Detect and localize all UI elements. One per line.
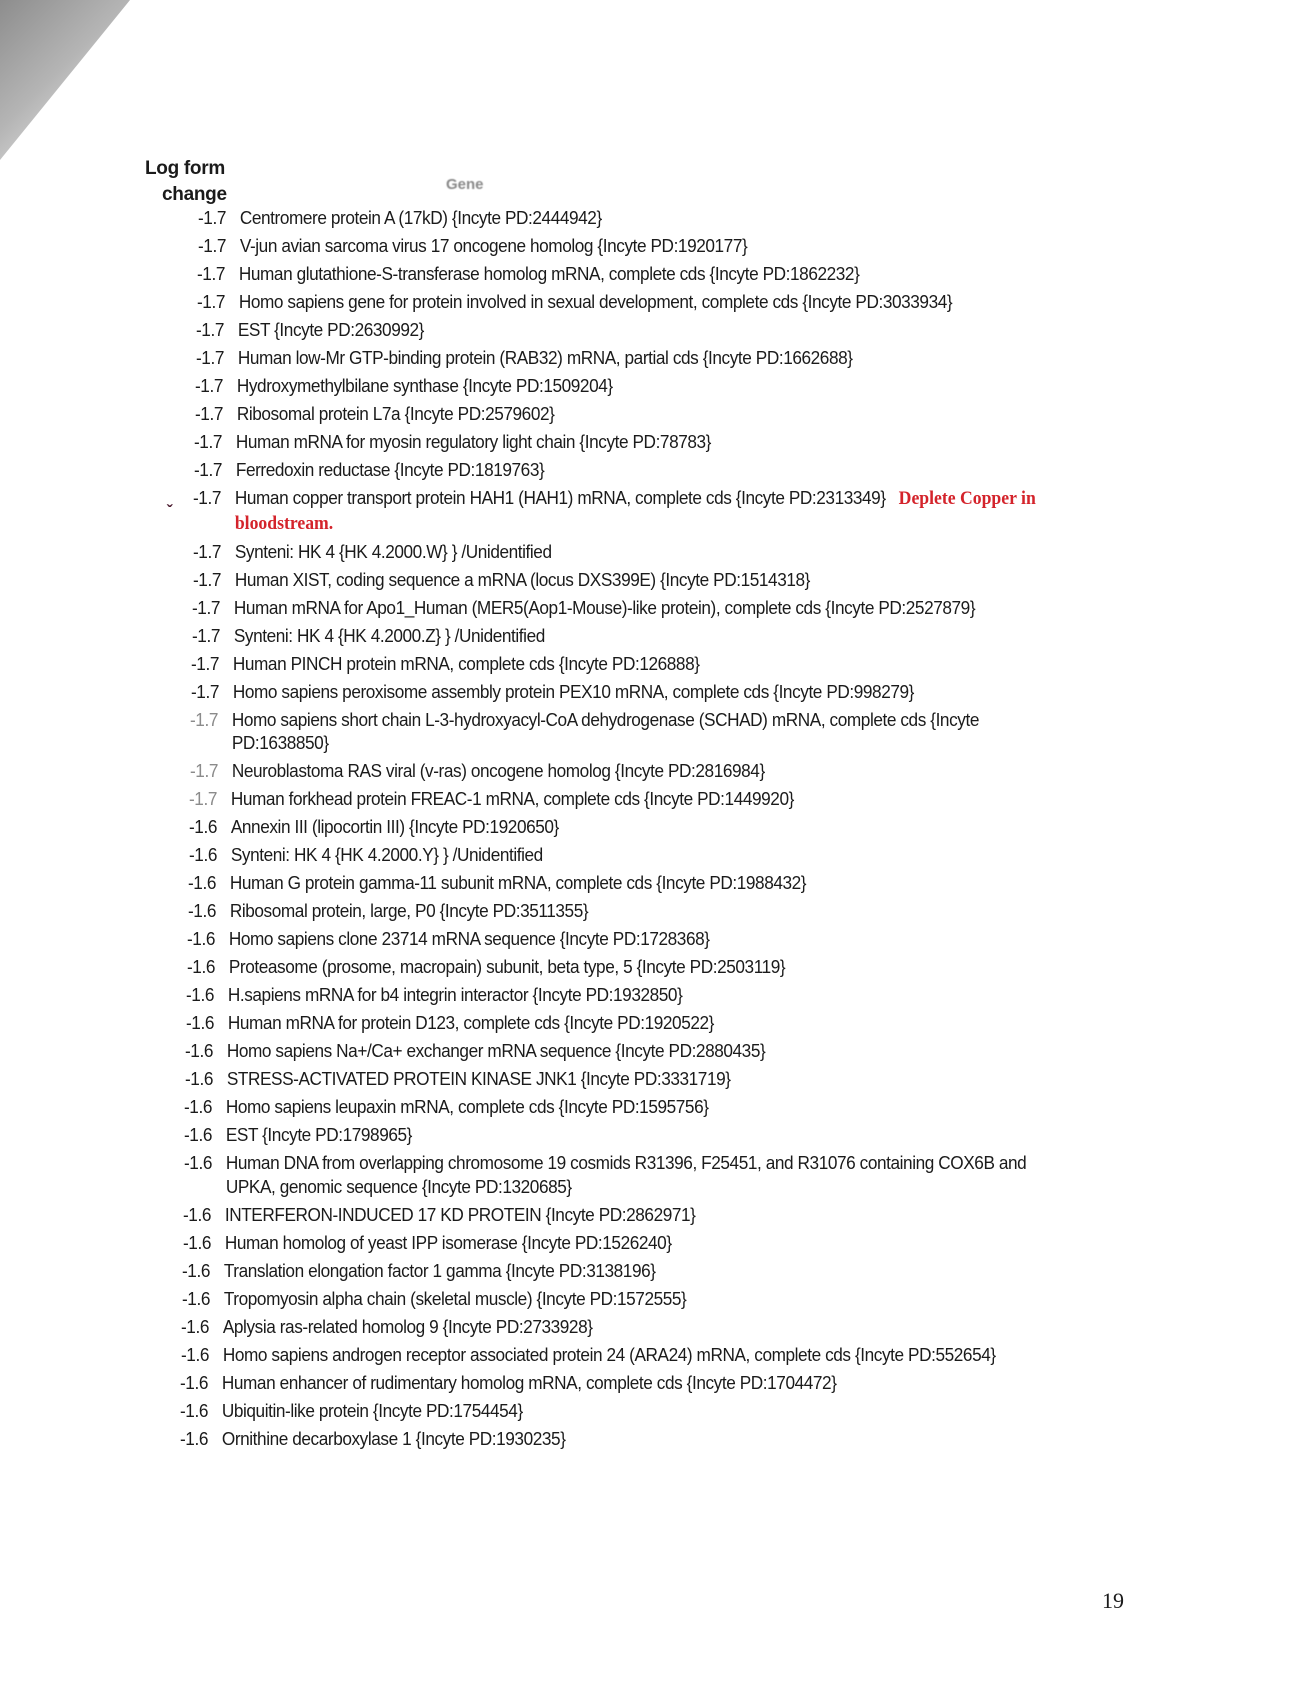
gene-description: Homo sapiens short chain L-3-hydroxyacyl… [232, 708, 1050, 755]
log-change-value: -1.6 [183, 1231, 223, 1255]
gene-description: EST {Incyte PD:2630992} [238, 318, 1056, 342]
gene-row: -1.6Translation elongation factor 1 gamm… [182, 1259, 1222, 1283]
log-change-value: -1.7 [191, 652, 231, 676]
log-change-value: -1.6 [187, 955, 227, 979]
gene-row: ˬ-1.7Human copper transport protein HAH1… [193, 486, 1223, 535]
log-change-value: -1.6 [189, 843, 229, 867]
log-change-value: -1.7 [197, 262, 237, 286]
gene-row: -1.6H.sapiens mRNA for b4 integrin inter… [186, 983, 1222, 1007]
gene-text: Proteasome (prosome, macropain) subunit,… [229, 956, 785, 977]
gene-text: V-jun avian sarcoma virus 17 oncogene ho… [240, 235, 747, 256]
gene-description: Human enhancer of rudimentary homolog mR… [222, 1371, 1040, 1395]
gene-text: Hydroxymethylbilane synthase {Incyte PD:… [237, 375, 613, 396]
gene-description: Synteni: HK 4 {HK 4.2000.W} } /Unidentif… [235, 540, 1053, 564]
gene-row: -1.6Tropomyosin alpha chain (skeletal mu… [182, 1287, 1222, 1311]
gene-text: Homo sapiens short chain L-3-hydroxyacyl… [232, 709, 979, 754]
gene-row: -1.6Synteni: HK 4 {HK 4.2000.Y} } /Unide… [189, 843, 1222, 867]
gene-text: Human copper transport protein HAH1 (HAH… [235, 487, 886, 508]
log-change-value: -1.6 [185, 1067, 225, 1091]
gene-description: Human mRNA for myosin regulatory light c… [236, 430, 1054, 454]
gene-text: EST {Incyte PD:2630992} [238, 319, 424, 340]
gene-row: -1.6Human homolog of yeast IPP isomerase… [183, 1231, 1222, 1255]
gene-row: -1.6Ornithine decarboxylase 1 {Incyte PD… [180, 1427, 1222, 1451]
checkmark-annotation-icon: ˬ [167, 486, 172, 510]
log-change-value: -1.6 [189, 815, 229, 839]
gene-row: -1.7Human forkhead protein FREAC-1 mRNA,… [189, 787, 1222, 811]
log-change-value: -1.7 [192, 596, 232, 620]
gene-text: Aplysia ras-related homolog 9 {Incyte PD… [223, 1316, 593, 1337]
gene-row: -1.7EST {Incyte PD:2630992} [196, 318, 1223, 342]
gene-text: INTERFERON-INDUCED 17 KD PROTEIN {Incyte… [225, 1204, 696, 1225]
gene-description: Homo sapiens clone 23714 mRNA sequence {… [229, 927, 1047, 951]
gene-text: Synteni: HK 4 {HK 4.2000.Z} } /Unidentif… [234, 625, 545, 646]
gene-description: Human G protein gamma-11 subunit mRNA, c… [230, 871, 1048, 895]
gene-description: Human homolog of yeast IPP isomerase {In… [225, 1231, 1043, 1255]
gene-description: Synteni: HK 4 {HK 4.2000.Y} } /Unidentif… [231, 843, 1049, 867]
gene-description: Homo sapiens gene for protein involved i… [239, 290, 1057, 314]
log-change-value: -1.6 [186, 1011, 226, 1035]
gene-row: -1.6Human mRNA for protein D123, complet… [186, 1011, 1222, 1035]
gene-text: Homo sapiens leupaxin mRNA, complete cds… [226, 1096, 709, 1117]
page-fold-shadow [0, 0, 130, 160]
gene-text: Annexin III (lipocortin III) {Incyte PD:… [231, 816, 559, 837]
log-change-value: -1.6 [187, 927, 227, 951]
gene-text: Ubiquitin-like protein {Incyte PD:175445… [222, 1400, 523, 1421]
log-change-value: -1.7 [189, 787, 229, 811]
gene-row: -1.7Human mRNA for Apo1_Human (MER5(Aop1… [192, 596, 1222, 620]
log-change-value: -1.6 [181, 1343, 221, 1367]
gene-row: -1.6INTERFERON-INDUCED 17 KD PROTEIN {In… [183, 1203, 1222, 1227]
log-change-value: -1.6 [182, 1287, 222, 1311]
log-change-value: -1.7 [190, 759, 230, 783]
gene-description: Neuroblastoma RAS viral (v-ras) oncogene… [232, 759, 1050, 783]
log-change-value: -1.7 [192, 624, 232, 648]
gene-row: -1.7Homo sapiens gene for protein involv… [197, 290, 1223, 314]
log-change-value: -1.7 [198, 206, 238, 230]
gene-text: Centromere protein A (17kD) {Incyte PD:2… [240, 207, 602, 228]
gene-description: Ribosomal protein L7a {Incyte PD:2579602… [237, 402, 1055, 426]
gene-row: -1.6Human G protein gamma-11 subunit mRN… [188, 871, 1222, 895]
log-change-value: -1.6 [184, 1123, 224, 1147]
gene-text: Ribosomal protein, large, P0 {Incyte PD:… [230, 900, 588, 921]
gene-description: Human copper transport protein HAH1 (HAH… [235, 486, 1053, 535]
log-change-value: -1.7 [193, 486, 233, 510]
gene-text: Human mRNA for myosin regulatory light c… [236, 431, 711, 452]
log-change-value: -1.7 [193, 540, 233, 564]
gene-description: Tropomyosin alpha chain (skeletal muscle… [224, 1287, 1042, 1311]
gene-row: -1.6Aplysia ras-related homolog 9 {Incyt… [181, 1315, 1222, 1339]
gene-text: Human homolog of yeast IPP isomerase {In… [225, 1232, 672, 1253]
gene-text: Tropomyosin alpha chain (skeletal muscle… [224, 1288, 687, 1309]
log-change-value: -1.7 [196, 318, 236, 342]
gene-text: Human XIST, coding sequence a mRNA (locu… [235, 569, 810, 590]
gene-row: -1.7Ribosomal protein L7a {Incyte PD:257… [195, 402, 1223, 426]
gene-row: -1.7Homo sapiens peroxisome assembly pro… [191, 680, 1222, 704]
gene-description: Aplysia ras-related homolog 9 {Incyte PD… [223, 1315, 1041, 1339]
gene-description: STRESS-ACTIVATED PROTEIN KINASE JNK1 {In… [227, 1067, 1045, 1091]
gene-text: Homo sapiens peroxisome assembly protein… [233, 681, 914, 702]
gene-row: -1.6Homo sapiens leupaxin mRNA, complete… [184, 1095, 1222, 1119]
gene-row: -1.7Human PINCH protein mRNA, complete c… [191, 652, 1222, 676]
gene-description: V-jun avian sarcoma virus 17 oncogene ho… [240, 234, 1058, 258]
gene-description: Ribosomal protein, large, P0 {Incyte PD:… [230, 899, 1048, 923]
gene-row: -1.6Human DNA from overlapping chromosom… [184, 1151, 1222, 1198]
gene-text: Homo sapiens Na+/Ca+ exchanger mRNA sequ… [227, 1040, 765, 1061]
gene-row: -1.6Homo sapiens Na+/Ca+ exchanger mRNA … [185, 1039, 1222, 1063]
gene-description: Human PINCH protein mRNA, complete cds {… [233, 652, 1051, 676]
gene-text: H.sapiens mRNA for b4 integrin interacto… [228, 984, 683, 1005]
gene-description: Human DNA from overlapping chromosome 19… [226, 1151, 1044, 1198]
log-change-value: -1.6 [180, 1427, 220, 1451]
gene-text: Neuroblastoma RAS viral (v-ras) oncogene… [232, 760, 765, 781]
gene-row: -1.6Homo sapiens androgen receptor assoc… [181, 1343, 1222, 1367]
gene-description: Ubiquitin-like protein {Incyte PD:175445… [222, 1399, 1040, 1423]
log-change-value: -1.7 [197, 290, 237, 314]
gene-description: Homo sapiens peroxisome assembly protein… [233, 680, 1051, 704]
gene-row: -1.7Human low-Mr GTP-binding protein (RA… [196, 346, 1223, 370]
gene-text: Ribosomal protein L7a {Incyte PD:2579602… [237, 403, 555, 424]
gene-row: -1.7V-jun avian sarcoma virus 17 oncogen… [198, 234, 1223, 258]
gene-description: Human mRNA for protein D123, complete cd… [228, 1011, 1046, 1035]
gene-description: INTERFERON-INDUCED 17 KD PROTEIN {Incyte… [225, 1203, 1043, 1227]
gene-description: Centromere protein A (17kD) {Incyte PD:2… [240, 206, 1058, 230]
log-change-value: -1.7 [193, 568, 233, 592]
gene-row: -1.7Human glutathione-S-transferase homo… [197, 262, 1223, 286]
gene-row: -1.7Homo sapiens short chain L-3-hydroxy… [190, 708, 1222, 755]
gene-row: -1.6Ribosomal protein, large, P0 {Incyte… [188, 899, 1222, 923]
gene-description: Translation elongation factor 1 gamma {I… [224, 1259, 1042, 1283]
gene-row: -1.6Proteasome (prosome, macropain) subu… [187, 955, 1222, 979]
column-header-gene: Gene [446, 176, 484, 193]
gene-text: Ornithine decarboxylase 1 {Incyte PD:193… [222, 1428, 566, 1449]
log-change-value: -1.7 [195, 402, 235, 426]
gene-description: Proteasome (prosome, macropain) subunit,… [229, 955, 1047, 979]
gene-row: -1.7Centromere protein A (17kD) {Incyte … [198, 206, 1223, 230]
log-change-value: -1.7 [195, 374, 235, 398]
gene-description: H.sapiens mRNA for b4 integrin interacto… [228, 983, 1046, 1007]
gene-text: Human forkhead protein FREAC-1 mRNA, com… [231, 788, 794, 809]
gene-description: Homo sapiens leupaxin mRNA, complete cds… [226, 1095, 1044, 1119]
gene-row: -1.7Neuroblastoma RAS viral (v-ras) onco… [190, 759, 1222, 783]
gene-text: Human glutathione-S-transferase homolog … [239, 263, 860, 284]
log-change-value: -1.6 [183, 1203, 223, 1227]
gene-text: Homo sapiens androgen receptor associate… [223, 1344, 996, 1365]
log-change-value: -1.6 [186, 983, 226, 1007]
gene-text: Human G protein gamma-11 subunit mRNA, c… [230, 872, 806, 893]
gene-text: Translation elongation factor 1 gamma {I… [224, 1260, 656, 1281]
gene-row: -1.6Homo sapiens clone 23714 mRNA sequen… [187, 927, 1222, 951]
gene-description: Annexin III (lipocortin III) {Incyte PD:… [231, 815, 1049, 839]
log-change-value: -1.7 [194, 458, 234, 482]
log-change-value: -1.7 [194, 430, 234, 454]
gene-text: EST {Incyte PD:1798965} [226, 1124, 412, 1145]
gene-text: Ferredoxin reductase {Incyte PD:1819763} [236, 459, 544, 480]
gene-row: -1.7Hydroxymethylbilane synthase {Incyte… [195, 374, 1223, 398]
gene-description: Homo sapiens androgen receptor associate… [223, 1343, 1041, 1367]
gene-row: -1.6Human enhancer of rudimentary homolo… [180, 1371, 1222, 1395]
log-change-value: -1.6 [188, 871, 228, 895]
gene-description: Ferredoxin reductase {Incyte PD:1819763} [236, 458, 1054, 482]
gene-description: Human glutathione-S-transferase homolog … [239, 262, 1057, 286]
gene-list: -1.7Centromere protein A (17kD) {Incyte … [0, 206, 1300, 1455]
gene-row: -1.7Synteni: HK 4 {HK 4.2000.W} } /Unide… [193, 540, 1223, 564]
log-change-value: -1.6 [184, 1151, 224, 1175]
gene-description: Homo sapiens Na+/Ca+ exchanger mRNA sequ… [227, 1039, 1045, 1063]
log-change-value: -1.7 [191, 680, 231, 704]
gene-text: Homo sapiens gene for protein involved i… [239, 291, 952, 312]
gene-description: Human mRNA for Apo1_Human (MER5(Aop1-Mou… [234, 596, 1052, 620]
log-label-line2: change [145, 182, 227, 208]
gene-text: Human mRNA for Apo1_Human (MER5(Aop1-Mou… [234, 597, 975, 618]
log-change-value: -1.6 [181, 1315, 221, 1339]
log-change-value: -1.6 [180, 1399, 220, 1423]
gene-row: -1.6EST {Incyte PD:1798965} [184, 1123, 1222, 1147]
gene-row: -1.6Ubiquitin-like protein {Incyte PD:17… [180, 1399, 1222, 1423]
log-change-value: -1.6 [180, 1371, 220, 1395]
gene-description: Human forkhead protein FREAC-1 mRNA, com… [231, 787, 1049, 811]
log-change-value: -1.6 [185, 1039, 225, 1063]
log-label-line1: Log form [145, 156, 227, 182]
gene-description: Ornithine decarboxylase 1 {Incyte PD:193… [222, 1427, 1040, 1451]
gene-description: EST {Incyte PD:1798965} [226, 1123, 1044, 1147]
gene-text: Human PINCH protein mRNA, complete cds {… [233, 653, 700, 674]
gene-row: -1.7Human mRNA for myosin regulatory lig… [194, 430, 1223, 454]
log-change-value: -1.7 [198, 234, 238, 258]
gene-text: Human DNA from overlapping chromosome 19… [226, 1152, 1026, 1197]
gene-text: Homo sapiens clone 23714 mRNA sequence {… [229, 928, 710, 949]
gene-text: Human enhancer of rudimentary homolog mR… [222, 1372, 837, 1393]
log-change-value: -1.7 [196, 346, 236, 370]
gene-text: Human low-Mr GTP-binding protein (RAB32)… [238, 347, 853, 368]
gene-row: -1.6Annexin III (lipocortin III) {Incyte… [189, 815, 1222, 839]
gene-text: Human mRNA for protein D123, complete cd… [228, 1012, 714, 1033]
gene-row: -1.7Synteni: HK 4 {HK 4.2000.Z} } /Unide… [192, 624, 1222, 648]
gene-text: Synteni: HK 4 {HK 4.2000.Y} } /Unidentif… [231, 844, 543, 865]
gene-row: -1.7Ferredoxin reductase {Incyte PD:1819… [194, 458, 1223, 482]
log-change-value: -1.7 [190, 708, 230, 732]
gene-text: Synteni: HK 4 {HK 4.2000.W} } /Unidentif… [235, 541, 552, 562]
log-change-value: -1.6 [184, 1095, 224, 1119]
gene-row: -1.7Human XIST, coding sequence a mRNA (… [193, 568, 1223, 592]
log-change-value: -1.6 [182, 1259, 222, 1283]
gene-text: STRESS-ACTIVATED PROTEIN KINASE JNK1 {In… [227, 1068, 731, 1089]
column-header-log-change: Log form change [145, 156, 227, 208]
gene-description: Hydroxymethylbilane synthase {Incyte PD:… [237, 374, 1055, 398]
gene-description: Synteni: HK 4 {HK 4.2000.Z} } /Unidentif… [234, 624, 1052, 648]
gene-row: -1.6STRESS-ACTIVATED PROTEIN KINASE JNK1… [185, 1067, 1222, 1091]
page-number: 19 [1102, 1588, 1124, 1614]
gene-description: Human low-Mr GTP-binding protein (RAB32)… [238, 346, 1056, 370]
gene-description: Human XIST, coding sequence a mRNA (locu… [235, 568, 1053, 592]
log-change-value: -1.6 [188, 899, 228, 923]
